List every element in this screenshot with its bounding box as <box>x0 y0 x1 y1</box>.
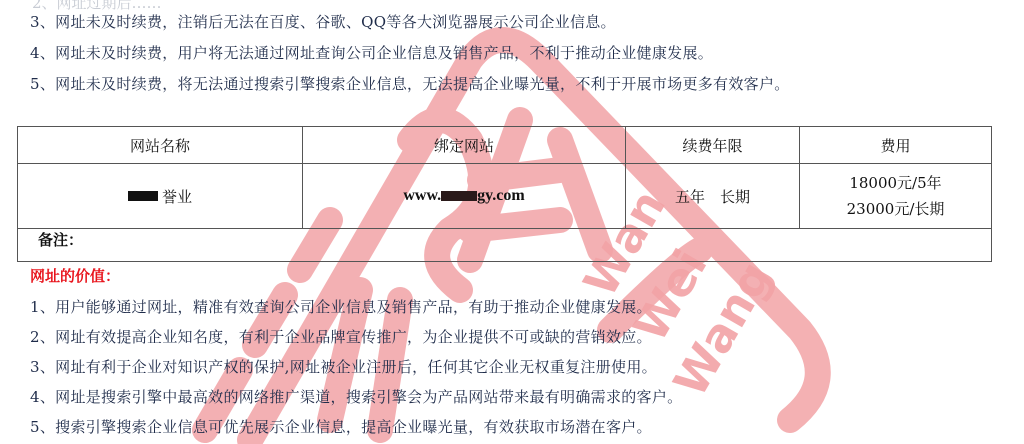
header-renewal-term: 续费年限 <box>626 127 799 163</box>
cell-renewal-term: 五年 长期 <box>626 164 799 228</box>
header-fee: 费用 <box>800 127 991 163</box>
cell-site-name: 誉业 <box>18 164 302 228</box>
value-item: 5、搜索引擎搜索企业信息可优先展示企业信息，提高企业曝光量，有效获取市场潜在客户… <box>30 417 652 437</box>
svg-text:Wang: Wang <box>663 252 783 405</box>
url-suffix: gy.com <box>477 187 525 205</box>
header-bound-url: 绑定网站 <box>303 127 625 163</box>
value-item: 1、用户能够通过网址，精准有效查询公司企业信息及销售产品，有助于推动企业健康发展… <box>30 297 652 317</box>
redacted-block <box>441 191 477 201</box>
cell-fee: 18000元/5年 23000元/长期 <box>800 164 991 228</box>
url-prefix: www. <box>403 187 441 205</box>
warning-item: 4、网址未及时续费，用户将无法通过网址查询公司企业信息及销售产品，不利于推动企业… <box>30 43 713 63</box>
value-item: 2、网址有效提高企业知名度，有利于企业品牌宣传推广，为企业提供不可或缺的营销效应… <box>30 327 652 347</box>
value-item: 3、网址有利于企业对知识产权的保护,网址被企业注册后，任何其它企业无权重复注册使… <box>30 357 657 377</box>
section-title-value: 网址的价值： <box>30 266 120 286</box>
site-name-suffix: 誉业 <box>162 186 192 207</box>
cell-bound-url: www. gy.com <box>303 164 625 228</box>
header-site-name: 网站名称 <box>18 127 302 163</box>
remark-label: 备注： <box>38 229 83 250</box>
warning-item: 5、网址未及时续费，将无法通过搜索引擎搜索企业信息，无法提高企业曝光量，不利于开… <box>30 74 790 94</box>
table-divider <box>18 228 991 229</box>
fee-5-year: 18000元/5年 <box>849 170 941 196</box>
warning-item: 3、网址未及时续费，注销后无法在百度、谷歌、QQ等各大浏览器展示公司企业信息。 <box>30 12 616 32</box>
renewal-table: 网站名称 绑定网站 续费年限 费用 誉业 www. gy.com 五年 长期 1… <box>17 126 992 262</box>
document-page: Wan Wei Wang 2、网址过期后…… 3、网址未及时续费，注销后无法在百… <box>0 0 1024 444</box>
redacted-block <box>128 191 158 201</box>
value-item: 4、网址是搜索引擎中最高效的网络推广渠道，搜索引擎会为产品网站带来最有明确需求的… <box>30 387 682 407</box>
fee-long-term: 23000元/长期 <box>847 196 945 222</box>
